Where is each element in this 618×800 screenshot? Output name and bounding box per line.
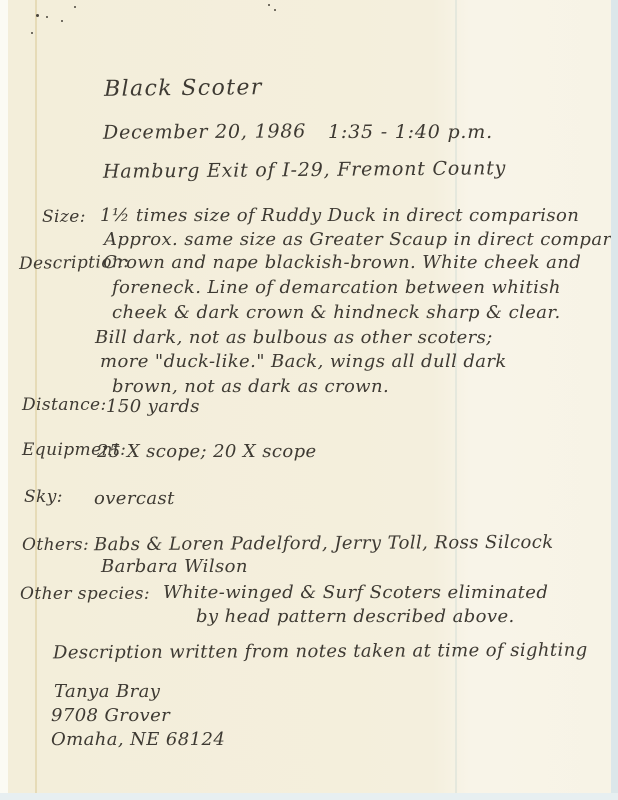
signature-name: Tanya Bray xyxy=(54,681,160,702)
field-label-others: Others: xyxy=(22,535,89,555)
scan-edge-left xyxy=(0,0,8,800)
description-line-2: foreneck. Line of demarcation between wh… xyxy=(112,277,561,298)
description-line-6: brown, not as dark as crown. xyxy=(112,376,389,397)
description-line-3: cheek & dark crown & hindneck sharp & cl… xyxy=(112,302,561,323)
other-species-line-1: White-winged & Surf Scoters eliminated xyxy=(163,582,548,603)
ink-speck xyxy=(74,6,76,8)
sighting-location: Hamburg Exit of I-29, Fremont County xyxy=(103,157,506,183)
ink-speck xyxy=(36,14,39,17)
species-title: Black Scoter xyxy=(104,75,263,102)
paper-fold-line-right xyxy=(455,0,457,800)
size-line-2: Approx. same size as Greater Scaup in di… xyxy=(104,229,616,250)
scanned-paper: Black Scoter December 20, 1986 1:35 - 1:… xyxy=(0,0,618,800)
ink-speck xyxy=(274,9,276,11)
provenance-note: Description written from notes taken at … xyxy=(53,640,588,664)
ink-speck xyxy=(61,20,63,22)
ink-speck xyxy=(46,16,48,18)
scan-edge-right xyxy=(611,0,618,800)
description-line-1: Crown and nape blackish-brown. White che… xyxy=(103,252,581,273)
field-label-other-species: Other species: xyxy=(20,584,150,604)
description-line-4: Bill dark, not as bulbous as other scote… xyxy=(95,327,493,348)
field-label-size: Size: xyxy=(42,207,86,227)
ink-speck xyxy=(268,4,270,6)
ink-speck xyxy=(31,32,33,34)
field-label-distance: Distance: xyxy=(22,395,107,415)
others-line-2: Barbara Wilson xyxy=(101,556,248,577)
sky-value: overcast xyxy=(94,488,175,509)
distance-value: 150 yards xyxy=(106,396,200,417)
other-species-line-2: by head pattern described above. xyxy=(196,606,515,627)
others-line-1: Babs & Loren Padelford, Jerry Toll, Ross… xyxy=(94,532,554,555)
signature-street: 9708 Grover xyxy=(51,705,170,726)
sighting-date: December 20, 1986 xyxy=(103,120,306,143)
size-line-1: 1½ times size of Ruddy Duck in direct co… xyxy=(100,205,579,226)
field-label-sky: Sky: xyxy=(24,487,63,507)
scan-edge-bottom xyxy=(0,793,618,800)
signature-city: Omaha, NE 68124 xyxy=(51,729,225,750)
equipment-value: 25 X scope; 20 X scope xyxy=(97,441,317,462)
sighting-time: 1:35 - 1:40 p.m. xyxy=(328,121,493,143)
description-line-5: more "duck-like." Back, wings all dull d… xyxy=(100,351,507,372)
